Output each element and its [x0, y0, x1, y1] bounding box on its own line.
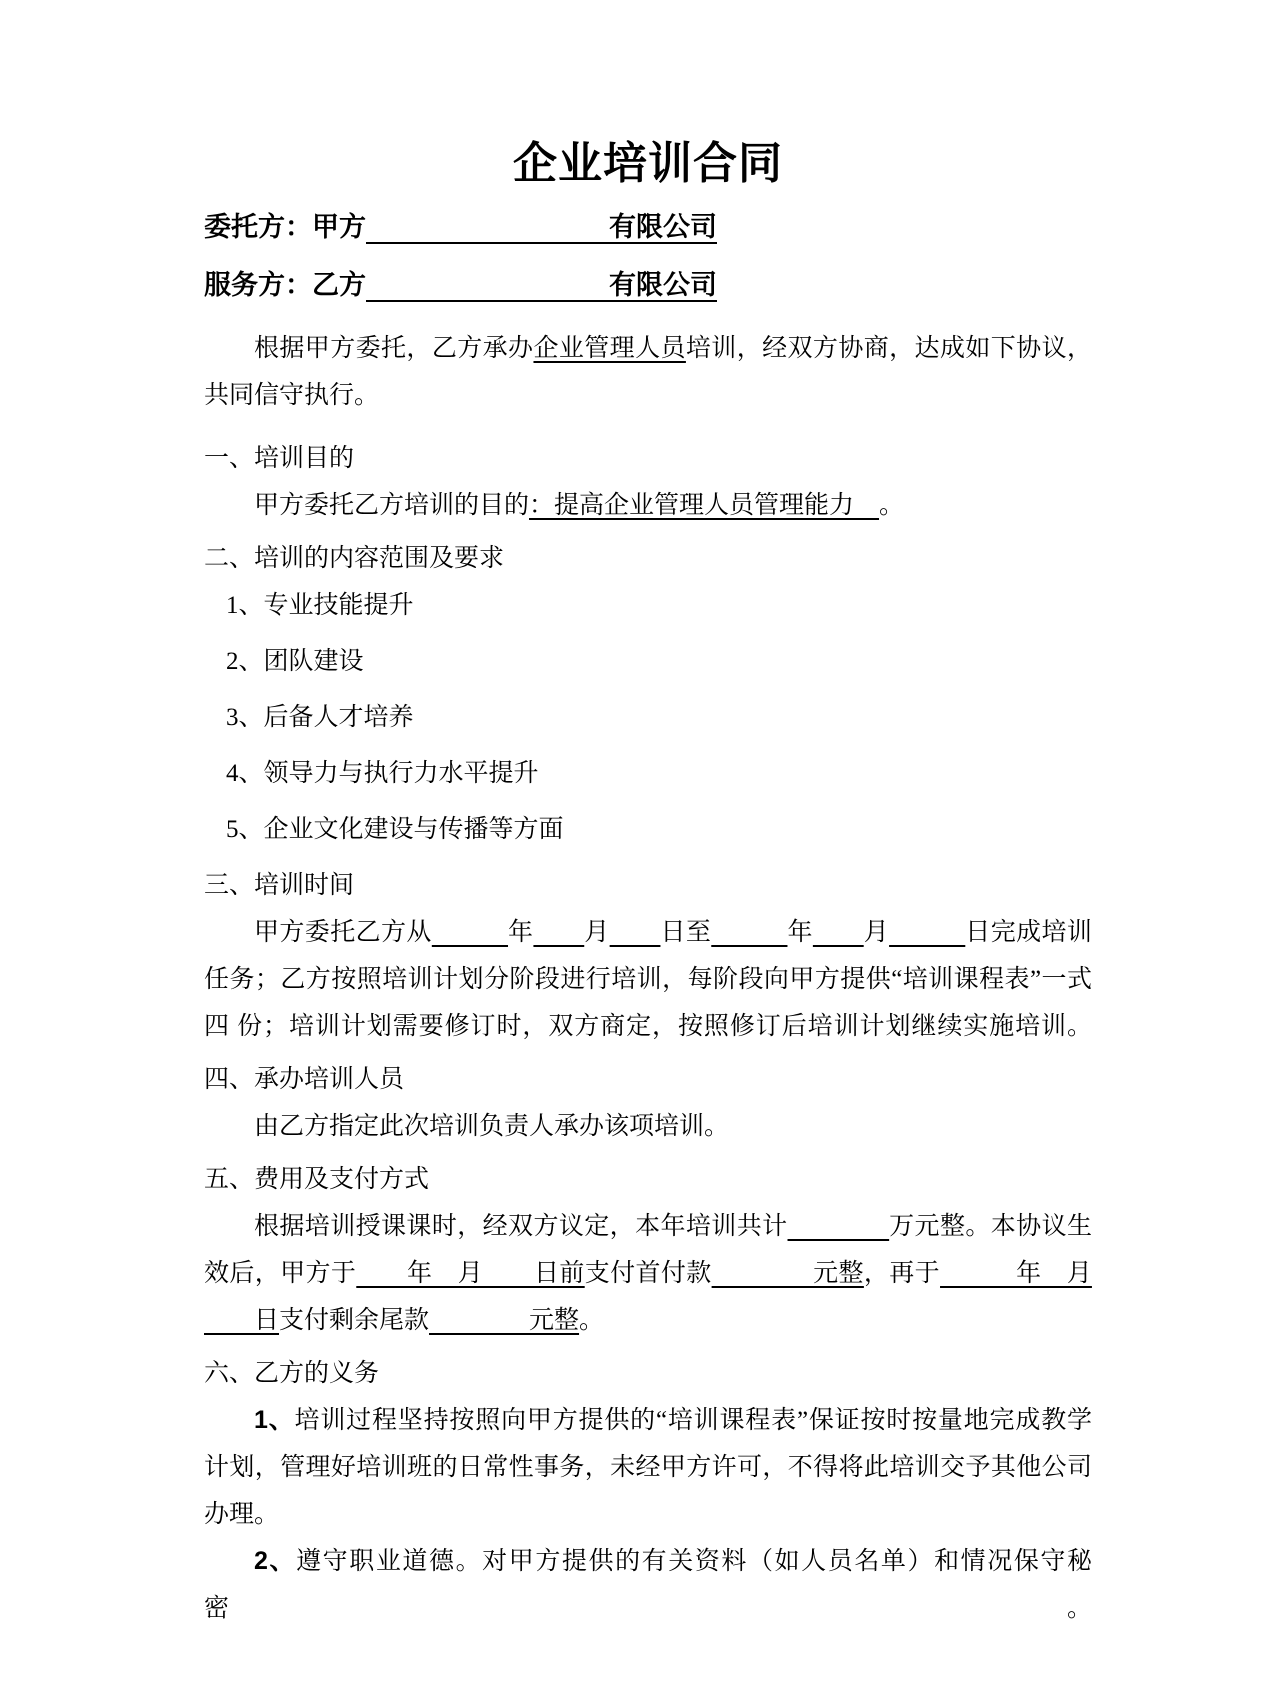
intro-line-1: 根据甲方委托，乙方承办企业管理人员培训，经双方协商，达成如下协议，: [204, 325, 1092, 372]
document-page: 企业培训合同 委托方：甲方 有限公司服务方：乙方 有限公司根据甲方委托，乙方承办…: [0, 0, 1280, 1707]
section-5-line-2: 效后，甲方于 年 月 日前支付首付款 元整，再于 年 月: [204, 1250, 1092, 1297]
section-4-body: 由乙方指定此次培训负责人承办该项培训。: [204, 1103, 1092, 1150]
section-1-heading: 一、培训目的: [204, 435, 1092, 482]
section-2-item-4: 4、领导力与执行力水平提升: [204, 750, 1092, 797]
blank-underline-run: [610, 919, 661, 946]
section-5-line-1: 根据培训授课课时，经双方议定，本年培训共计 万元整。本协议生: [204, 1203, 1092, 1250]
section-6-line-1: 1、培训过程坚持按照向甲方提供的“培训课程表”保证按时按量地完成教学: [204, 1397, 1092, 1444]
blank-underline-run: 有限公司: [366, 270, 717, 300]
section-1-body: 甲方委托乙方培训的目的：提高企业管理人员管理能力 。: [204, 482, 1092, 529]
party-a-line: 委托方：甲方 有限公司: [204, 210, 1092, 244]
blank-underline-run: [813, 919, 864, 946]
blank-underline-run: [711, 919, 787, 946]
section-4-heading: 四、承办培训人员: [204, 1056, 1092, 1103]
blank-underline-run: 日: [204, 1307, 279, 1334]
contract-title: 企业培训合同: [204, 138, 1092, 190]
text-run: 三、培训时间: [204, 872, 354, 899]
text-run: 日至: [660, 919, 711, 946]
text-run: 任务；乙方按照培训计划分阶段进行培训，每阶段向甲方提供“培训课程表”一式: [204, 966, 1092, 993]
text-run: 根据甲方委托，乙方承办: [254, 335, 533, 362]
blank-underline-run: 元整: [712, 1260, 864, 1287]
text-run: 二、培训的内容范围及要求: [204, 545, 504, 572]
blank-underline-run: 企业管理人员: [533, 335, 685, 362]
text-run: 四 份；培训计划需要修订时，双方商定，按照修订后培训计划继续实施培训。: [204, 1013, 1092, 1040]
document-body: 委托方：甲方 有限公司服务方：乙方 有限公司根据甲方委托，乙方承办企业管理人员培…: [204, 210, 1092, 1632]
text-run: 共同信守执行。: [204, 382, 379, 409]
text-run: 四、承办培训人员: [204, 1066, 404, 1093]
text-run: 5、企业文化建设与传播等方面: [226, 816, 564, 843]
section-3-line-3: 四 份；培训计划需要修订时，双方商定，按照修订后培训计划继续实施培训。: [204, 1003, 1092, 1050]
text-run: 年: [508, 919, 533, 946]
text-run: 3、后备人才培养: [226, 704, 414, 731]
text-run: 月: [584, 919, 609, 946]
text-run: 培训，经双方协商，达成如下协议，: [686, 335, 1092, 362]
section-3-line-1: 甲方委托乙方从 年 月 日至 年 月 日完成培训: [204, 909, 1092, 956]
text-run: ，再于: [864, 1260, 940, 1287]
blank-underline-run: [432, 919, 508, 946]
text-run: 万元整。本协议生: [889, 1213, 1092, 1240]
text-run: 五、费用及支付方式: [204, 1166, 429, 1193]
text-run: 2、: [254, 1547, 296, 1575]
text-run: 月: [864, 919, 889, 946]
text-run: 甲方委托乙方培训的目的: [254, 492, 529, 519]
text-run: 效后，甲方于: [204, 1260, 356, 1287]
text-run: 。: [879, 492, 904, 519]
blank-underline-run: 年 月: [940, 1260, 1092, 1287]
text-run: 1、专业技能提升: [226, 592, 414, 619]
text-run: 4、领导力与执行力水平提升: [226, 760, 539, 787]
section-6-item-2: 2、遵守职业道德。对甲方提供的有关资料（如人员名单）和情况保守秘密。: [204, 1538, 1092, 1632]
section-2-item-5: 5、企业文化建设与传播等方面: [204, 806, 1092, 853]
text-run: 2、团队建设: [226, 648, 364, 675]
text-run: 年: [787, 919, 812, 946]
section-5-heading: 五、费用及支付方式: [204, 1156, 1092, 1203]
party-b-line: 服务方：乙方 有限公司: [204, 268, 1092, 302]
blank-underline-run: 年 月 日前: [356, 1260, 584, 1287]
section-6-line-2: 计划，管理好培训班的日常性事务，未经甲方许可，不得将此培训交予其他公司: [204, 1444, 1092, 1491]
text-run: 计划，管理好培训班的日常性事务，未经甲方许可，不得将此培训交予其他公司: [204, 1454, 1092, 1481]
blank-underline-run: [889, 919, 965, 946]
text-run: 支付首付款: [585, 1260, 712, 1287]
section-6-heading: 六、乙方的义务: [204, 1350, 1092, 1397]
section-2-item-1: 1、专业技能提升: [204, 582, 1092, 629]
text-run: 培训过程坚持按照向甲方提供的“培训课程表”保证按时按量地完成教学: [295, 1407, 1092, 1434]
text-run: 办理。: [204, 1501, 279, 1528]
section-2-item-2: 2、团队建设: [204, 638, 1092, 685]
text-run: 服务方：乙方: [204, 270, 366, 300]
section-6-line-3: 办理。: [204, 1491, 1092, 1538]
text-run: 由乙方指定此次培训负责人承办该项培训。: [254, 1113, 729, 1140]
text-run: 六、乙方的义务: [204, 1360, 379, 1387]
section-2-heading: 二、培训的内容范围及要求: [204, 535, 1092, 582]
blank-underline-run: 元整: [429, 1307, 579, 1334]
text-run: 。: [579, 1307, 604, 1334]
blank-underline-run: 有限公司: [366, 212, 717, 242]
text-run: 委托方：甲方: [204, 212, 366, 242]
blank-underline-run: [533, 919, 584, 946]
section-2-item-3: 3、后备人才培养: [204, 694, 1092, 741]
text-run: 1、: [254, 1406, 295, 1434]
section-3-heading: 三、培训时间: [204, 862, 1092, 909]
text-run: 一、培训目的: [204, 445, 354, 472]
blank-underline-run: [788, 1213, 890, 1240]
text-run: 根据培训授课课时，经双方议定，本年培训共计: [254, 1213, 788, 1240]
text-run: 支付剩余尾款: [279, 1307, 429, 1334]
intro-line-2: 共同信守执行。: [204, 372, 1092, 419]
text-run: 日完成培训: [965, 919, 1092, 946]
section-3-line-2: 任务；乙方按照培训计划分阶段进行培训，每阶段向甲方提供“培训课程表”一式: [204, 956, 1092, 1003]
text-run: 甲方委托乙方从: [254, 919, 432, 946]
section-5-line-3: 日支付剩余尾款 元整。: [204, 1297, 1092, 1344]
blank-underline-run: ：提高企业管理人员管理能力: [529, 492, 879, 519]
text-run: 遵守职业道德。对甲方提供的有关资料（如人员名单）和情况保守秘密。: [204, 1548, 1092, 1622]
